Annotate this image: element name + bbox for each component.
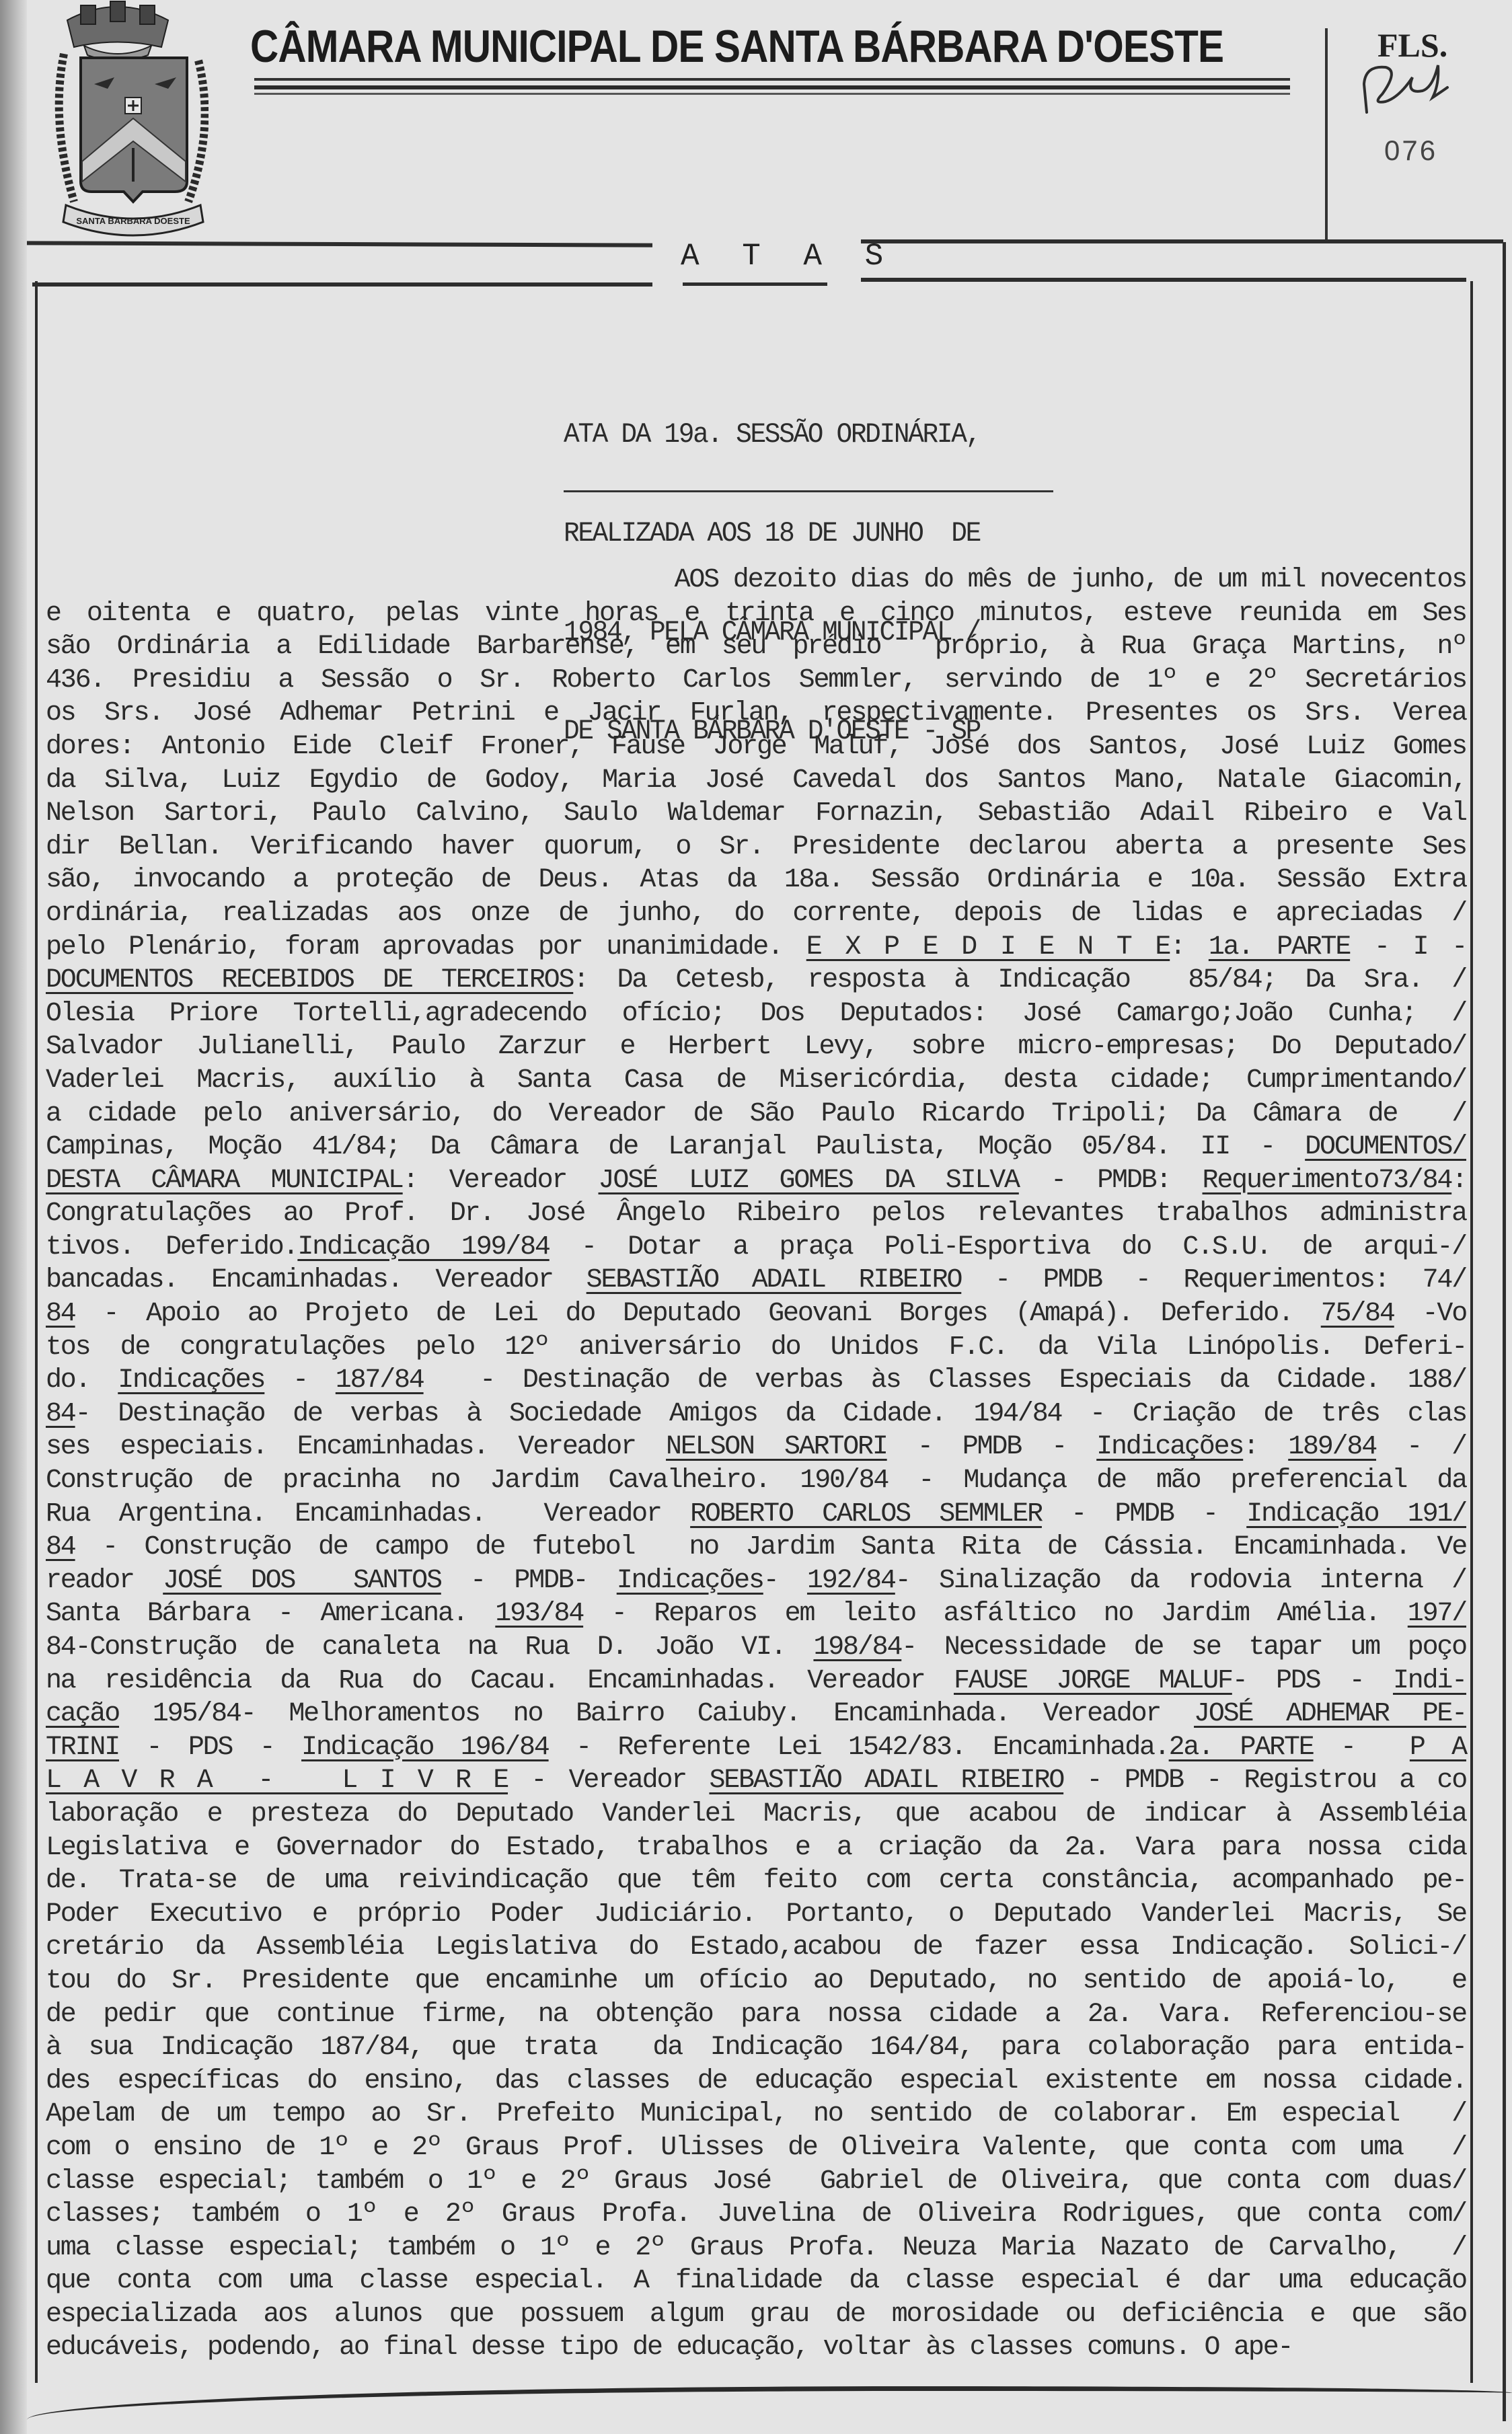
minutes-line: os Srs. José Adhemar Petrini e Jacir Fur… (46, 697, 1466, 730)
minutes-line: cação 195/84- Melhoramentos no Bairro Ca… (46, 1698, 1466, 1731)
minutes-line: na residência da Rua do Cacau. Encaminha… (46, 1665, 1466, 1698)
minutes-line: 84 - Construção de campo de futebol no J… (46, 1531, 1466, 1564)
line-text: - Construção de campo de futebol no Jard… (75, 1532, 1466, 1562)
line-text: - I - (1350, 932, 1466, 962)
line-text: do. (46, 1365, 118, 1396)
minutes-line: TRINI - PDS - Indicação 196/84 - Referen… (46, 1731, 1466, 1765)
line-text: - Dotar a praça Poli-Esportiva do C.S.U.… (550, 1232, 1466, 1262)
session-heading-underline (564, 490, 1053, 492)
minutes-line: Rua Argentina. Encaminhadas. Vereador RO… (46, 1498, 1466, 1531)
minutes-line: Congratulações ao Prof. Dr. José Ângelo … (46, 1197, 1466, 1231)
line-text: Congratulações ao Prof. Dr. José Ângelo … (46, 1199, 1466, 1229)
minutes-line: ses especiais. Encaminhadas. Vereador NE… (46, 1431, 1466, 1464)
underlined-term: JOSÉ ADHEMAR PE- (1194, 1699, 1466, 1729)
line-text: Legislativa e Governador do Estado, trab… (46, 1833, 1466, 1863)
underlined-term: DESTA CÂMARA MUNICIPAL (46, 1166, 403, 1196)
session-heading-line: REALIZADA AOS 18 DE JUNHO DE (564, 517, 980, 550)
minutes-line: uma classe especial; também o 1º e 2º Gr… (46, 2232, 1466, 2265)
minutes-line: do. Indicações - 187/84 - Destinação de … (46, 1364, 1466, 1398)
underlined-term: Indicações (617, 1566, 763, 1596)
line-text: : (1451, 1166, 1466, 1196)
minutes-line: 84 - Apoio ao Projeto de Lei do Deputado… (46, 1297, 1466, 1331)
minutes-line: Campinas, Moção 41/84; Da Câmara de Lara… (46, 1131, 1466, 1164)
line-text: - PDS - (119, 1733, 301, 1763)
underlined-term: DOCUMENTOS RECEBIDOS DE TERCEIROS (46, 965, 573, 995)
underlined-term: 2a. PARTE (1169, 1733, 1314, 1763)
line-text: que conta com uma classe especial. A fin… (46, 2266, 1466, 2296)
line-text: de pedir que continue firme, na obtenção… (46, 2000, 1466, 2030)
underlined-term: 84 (46, 1299, 75, 1329)
line-text: tos de congratulações pelo 12º aniversár… (46, 1332, 1466, 1363)
underlined-term: JOSÉ LUIZ GOMES DA SILVA (599, 1166, 1019, 1196)
line-text: pelo Plenário, foram aprovadas por unani… (46, 932, 806, 962)
underlined-term: 198/84 (813, 1632, 901, 1663)
minutes-line: são Ordinária a Edilidade Barbarense, em… (46, 630, 1466, 664)
minutes-body: AOS dezoito dias do mês de junho, de um … (46, 564, 1466, 2365)
line-text: cretário da Assembléia Legislativa do Es… (46, 1932, 1466, 1963)
minutes-line: DESTA CÂMARA MUNICIPAL: Vereador JOSÉ LU… (46, 1164, 1466, 1198)
minutes-line: reador JOSÉ DOS SANTOS - PMDB- Indicaçõe… (46, 1564, 1466, 1598)
line-text: dores: Antonio Eide Cleif Froner, Fause … (46, 732, 1466, 762)
line-text: Rua Argentina. Encaminhadas. Vereador (46, 1499, 690, 1529)
line-text: - PMDB - (1042, 1499, 1246, 1529)
line-text: à sua Indicação 187/84, que trata da Ind… (46, 2032, 1466, 2063)
line-text: - PMDB - Registrou a co (1063, 1765, 1466, 1796)
line-text: 84-Construção de canaleta na Rua D. João… (46, 1632, 813, 1663)
minutes-line: laboração e presteza do Deputado Vanderl… (46, 1798, 1466, 1831)
underlined-term: Indicação 199/84 (297, 1232, 549, 1262)
minutes-line: tivos. Deferido.Indicação 199/84 - Dotar… (46, 1231, 1466, 1264)
underlined-term: 197/ (1408, 1599, 1466, 1629)
line-text: - Sinalização da rodovia interna / (895, 1566, 1466, 1596)
underlined-term: 84 (46, 1532, 75, 1562)
line-text: -Vo (1394, 1299, 1466, 1329)
underlined-term: L A V R A - L I V R E (46, 1765, 508, 1796)
signature-rubric-icon (1359, 57, 1453, 114)
underlined-term: 1a. PARTE (1209, 932, 1350, 962)
minutes-line: 436. Presidiu a Sessão o Sr. Roberto Car… (46, 664, 1466, 697)
minutes-line: Olesia Priore Tortelli,agradecendo ofíci… (46, 997, 1466, 1031)
minutes-line: Apelam de um tempo ao Sr. Prefeito Munic… (46, 2098, 1466, 2131)
line-text: Nelson Sartori, Paulo Calvino, Saulo Wal… (46, 798, 1466, 829)
underlined-term: Indicações (118, 1365, 264, 1396)
line-text: 195/84- Melhoramentos no Bairro Caiuby. … (119, 1699, 1194, 1729)
line-text: Vaderlei Macris, auxílio à Santa Casa de… (46, 1065, 1466, 1096)
line-text: especializada aos alunos que possuem alg… (46, 2299, 1466, 2330)
minutes-line: Nelson Sartori, Paulo Calvino, Saulo Wal… (46, 797, 1466, 831)
folio-number: 076 (1384, 135, 1437, 167)
underlined-term: JOSÉ DOS SANTOS (163, 1566, 441, 1596)
minutes-line: AOS dezoito dias do mês de junho, de um … (46, 564, 1466, 597)
line-text: - Reparos em leito asfáltico no Jardim A… (583, 1599, 1408, 1629)
line-text: dir Bellan. Verificando haver quorum, o … (46, 832, 1466, 862)
underlined-term: E X P E D I E N T E (806, 932, 1170, 962)
line-text: Campinas, Moção 41/84; Da Câmara de Lara… (46, 1132, 1305, 1162)
crest-motto: SANTA BARBARA DOESTE (76, 216, 190, 226)
line-text: - Destinação de verbas à Sociedade Amigo… (75, 1399, 1466, 1429)
minutes-line: 84-Construção de canaleta na Rua D. João… (46, 1631, 1466, 1665)
line-text: - (763, 1566, 807, 1596)
municipal-crest-icon: SANTA BARBARA DOESTE (27, 0, 209, 242)
line-text: reador (46, 1566, 163, 1596)
line-text: - PMDB - Requerimentos: 74/ (961, 1265, 1466, 1295)
underlined-term: ROBERTO CARLOS SEMMLER (690, 1499, 1042, 1529)
underlined-term: 193/84 (495, 1599, 583, 1629)
line-text: educáveis, podendo, ao final desse tipo … (46, 2332, 1292, 2363)
line-text: : Vereador (403, 1166, 599, 1196)
minutes-line: classes; também o 1º e 2º Graus Profa. J… (46, 2198, 1466, 2232)
line-text: são, invocando a proteção de Deus. Atas … (46, 865, 1466, 895)
minutes-line: Santa Bárbara - Americana. 193/84 - Repa… (46, 1597, 1466, 1631)
line-text: os Srs. José Adhemar Petrini e Jacir Fur… (46, 698, 1466, 728)
line-text: com o ensino de 1º e 2º Graus Prof. Ulis… (46, 2133, 1466, 2163)
underlined-term: 189/84 (1288, 1432, 1376, 1462)
line-text: tivos. Deferido. (46, 1232, 297, 1262)
line-text: des específicas do ensino, das classes d… (46, 2066, 1466, 2096)
underlined-term: Indicação 196/84 (301, 1733, 549, 1763)
line-text: Construção de pracinha no Jardim Cavalhe… (46, 1466, 1466, 1496)
underlined-term: Indi- (1393, 1666, 1466, 1696)
underlined-term: Requerimento73/84 (1203, 1166, 1452, 1196)
title-rule (254, 78, 1290, 81)
session-heading-line: ATA DA 19a. SESSÃO ORDINÁRIA, (564, 418, 980, 451)
minutes-line: Construção de pracinha no Jardim Cavalhe… (46, 1464, 1466, 1498)
line-text: 436. Presidiu a Sessão o Sr. Roberto Car… (46, 665, 1466, 695)
line-text: Olesia Priore Tortelli,agradecendo ofíci… (46, 999, 1466, 1029)
line-text: AOS dezoito dias do mês de junho, de um … (675, 565, 1466, 595)
minutes-line: de. Trata-se de uma reivindicação que tê… (46, 1864, 1466, 1898)
minutes-line: des específicas do ensino, das classes d… (46, 2065, 1466, 2098)
underlined-term: NELSON SARTORI (666, 1432, 887, 1462)
minutes-line: com o ensino de 1º e 2º Graus Prof. Ulis… (46, 2131, 1466, 2165)
minutes-line: Salvador Julianelli, Paulo Zarzur e Herb… (46, 1030, 1466, 1064)
line-text: - Destinação de verbas às Classes Especi… (424, 1365, 1466, 1396)
line-text: e oitenta e quatro, pelas vinte horas e … (46, 599, 1466, 629)
line-text: - PDS - (1232, 1666, 1393, 1696)
minutes-line: especializada aos alunos que possuem alg… (46, 2298, 1466, 2332)
organization-title: CÂMARA MUNICIPAL DE SANTA BÁRBARA D'OEST… (250, 20, 1223, 73)
minutes-line: de pedir que continue firme, na obtenção… (46, 1998, 1466, 2032)
underlined-term: SEBASTIÃO ADAIL RIBEIRO (587, 1265, 962, 1295)
minutes-line: e oitenta e quatro, pelas vinte horas e … (46, 597, 1466, 631)
line-text: de. Trata-se de uma reivindicação que tê… (46, 1866, 1466, 1896)
line-text: - Apoio ao Projeto de Lei do Deputado Ge… (75, 1299, 1321, 1329)
minutes-line: da Silva, Luiz Egydio de Godoy, Maria Jo… (46, 764, 1466, 798)
minutes-line: Legislativa e Governador do Estado, trab… (46, 1831, 1466, 1865)
minutes-line: classe especial; também o 1º e 2º Graus … (46, 2165, 1466, 2199)
minutes-line: 84- Destinação de verbas à Sociedade Ami… (46, 1398, 1466, 1431)
line-text: : Da Cetesb, resposta à Indicação 85/84;… (573, 965, 1466, 995)
underlined-term: TRINI (46, 1733, 119, 1763)
minutes-line: dores: Antonio Eide Cleif Froner, Fause … (46, 730, 1466, 764)
line-text: - Vereador (508, 1765, 709, 1796)
minutes-line: DOCUMENTOS RECEBIDOS DE TERCEIROS: Da Ce… (46, 964, 1466, 997)
underlined-term: cação (46, 1699, 119, 1729)
line-text: - PMDB: (1019, 1166, 1203, 1196)
minutes-line: dir Bellan. Verificando haver quorum, o … (46, 831, 1466, 864)
minutes-line: à sua Indicação 187/84, que trata da Ind… (46, 2031, 1466, 2065)
line-text: - (1314, 1733, 1410, 1763)
minutes-line: tos de congratulações pelo 12º aniversár… (46, 1331, 1466, 1365)
line-text: - PMDB - (887, 1432, 1097, 1462)
minutes-line: ordinária, realizadas aos onze de junho,… (46, 897, 1466, 931)
underlined-term: FAUSE JORGE MALUF (954, 1666, 1232, 1696)
line-text: ordinária, realizadas aos onze de junho,… (46, 899, 1466, 929)
minutes-line: cretário da Assembléia Legislativa do Es… (46, 1931, 1466, 1965)
minutes-line: Vaderlei Macris, auxílio à Santa Casa de… (46, 1064, 1466, 1098)
minutes-line: Poder Executivo e próprio Poder Judiciár… (46, 1898, 1466, 1932)
minutes-line: tou do Sr. Presidente que encaminhe um o… (46, 1965, 1466, 1998)
line-text: : (1243, 1432, 1288, 1462)
minutes-line: bancadas. Encaminhadas. Vereador SEBASTI… (46, 1264, 1466, 1297)
line-text: uma classe especial; também o 1º e 2º Gr… (46, 2233, 1466, 2263)
line-text: ses especiais. Encaminhadas. Vereador (46, 1432, 666, 1462)
line-text: Santa Bárbara - Americana. (46, 1599, 495, 1629)
line-text: da Silva, Luiz Egydio de Godoy, Maria Jo… (46, 765, 1466, 796)
line-text: classe especial; também o 1º e 2º Graus … (46, 2166, 1466, 2197)
underlined-term: 84 (46, 1399, 75, 1429)
scan-edge-shadow (0, 0, 27, 2434)
line-text: tou do Sr. Presidente que encaminhe um o… (46, 1966, 1466, 1996)
underlined-term: Indicações (1096, 1432, 1243, 1462)
line-text: laboração e presteza do Deputado Vanderl… (46, 1799, 1466, 1829)
underlined-term: 75/84 (1321, 1299, 1394, 1329)
line-text: Apelam de um tempo ao Sr. Prefeito Munic… (46, 2099, 1466, 2129)
minutes-line: a cidade pelo aniversário, do Vereador d… (46, 1098, 1466, 1131)
line-text: - / (1376, 1432, 1466, 1462)
line-text: na residência da Rua do Cacau. Encaminha… (46, 1666, 954, 1696)
header-divider (1325, 28, 1328, 243)
underlined-term: DOCUMENTOS/ (1305, 1132, 1466, 1162)
title-rule (254, 93, 1290, 95)
underlined-term: 192/84 (807, 1566, 895, 1596)
minutes-line: são, invocando a proteção de Deus. Atas … (46, 864, 1466, 897)
line-text: : (1170, 932, 1209, 962)
line-text: - Necessidade de se tapar um poço (901, 1632, 1466, 1663)
title-rule (254, 85, 1290, 89)
minutes-line: L A V R A - L I V R E - Vereador SEBASTI… (46, 1764, 1466, 1798)
line-text: classes; também o 1º e 2º Graus Profa. J… (46, 2199, 1466, 2230)
line-text: Poder Executivo e próprio Poder Judiciár… (46, 1899, 1466, 1930)
line-text: bancadas. Encaminhadas. Vereador (46, 1265, 587, 1295)
underlined-term: SEBASTIÃO ADAIL RIBEIRO (709, 1765, 1063, 1796)
line-text: são Ordinária a Edilidade Barbarense, em… (46, 632, 1466, 662)
minutes-line: educáveis, podendo, ao final desse tipo … (46, 2331, 1466, 2365)
scanned-page: SANTA BARBARA DOESTE CÂMARA MUNICIPAL DE… (0, 0, 1512, 2434)
underlined-term: P A (1410, 1733, 1466, 1763)
line-text: - PMDB- (441, 1566, 617, 1596)
minutes-line: que conta com uma classe especial. A fin… (46, 2265, 1466, 2298)
underlined-term: 187/84 (336, 1365, 424, 1396)
minutes-line: pelo Plenário, foram aprovadas por unani… (46, 931, 1466, 964)
underlined-term: Indicação 191/ (1246, 1499, 1466, 1529)
line-text: - Referente Lei 1542/83. Encaminhada. (549, 1733, 1169, 1763)
line-text: Salvador Julianelli, Paulo Zarzur e Herb… (46, 1032, 1466, 1062)
line-text: - (264, 1365, 335, 1396)
line-text: a cidade pelo aniversário, do Vereador d… (46, 1099, 1466, 1129)
